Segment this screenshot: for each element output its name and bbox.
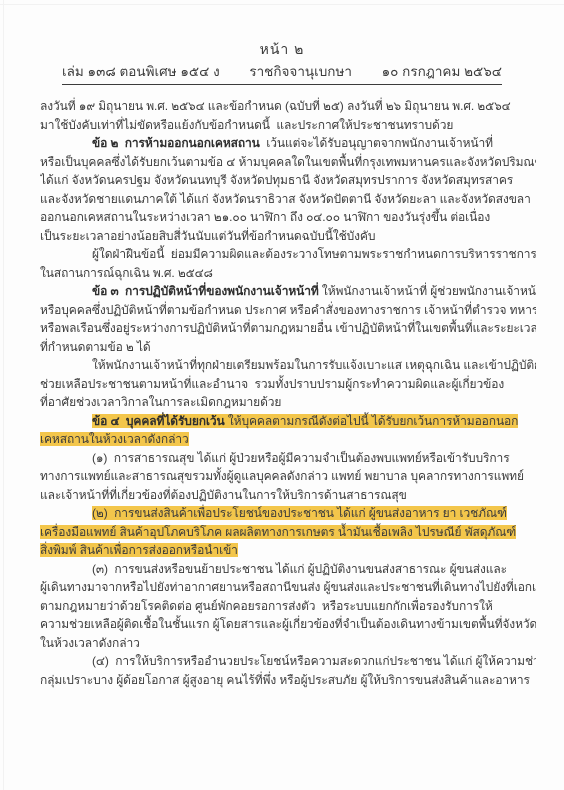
text-segment: กลุ่มเปราะบาง ผู้ด้อยโอกาส ผู้สูงอายุ คน… <box>40 673 530 687</box>
text-segment: (๔) การให้บริการหรืออำนวยประโยชน์หรือควา… <box>92 654 536 668</box>
text-line: ที่กำหนดตามข้อ ๒ ได้ <box>40 338 536 357</box>
text-line: และจังหวัดชายแดนภาคใต้ ได้แก่ จังหวัดนรา… <box>40 190 536 209</box>
highlighted-text: เคหสถานในห้วงเวลาดังกล่าว <box>40 432 189 446</box>
text-line: เป็นระยะเวลาอย่างน้อยสิบสี่วันนับแต่วันท… <box>40 227 536 246</box>
text-line: เครื่องมือแพทย์ สินค้าอุปโภคบริโภค ผลผลิ… <box>40 523 536 542</box>
volume-info: เล่ม ๑๓๘ ตอนพิเศษ ๑๕๔ ง <box>62 60 220 82</box>
text-segment: ที่กำหนดตามข้อ ๒ ได้ <box>40 340 151 354</box>
text-line: ข้อ ๔ บุคคลที่ได้รับยกเว้น ให้บุคคลตามกร… <box>40 412 536 431</box>
text-line: ความช่วยเหลือผู้ติดเชื้อในชั้นแรก ผู้โดย… <box>40 615 536 634</box>
gazette-title: ราชกิจจานุเบกษา <box>249 60 352 82</box>
text-line: หรือเป็นบุคคลซึ่งได้รับยกเว้นตามข้อ ๔ ห้… <box>40 153 536 172</box>
text-segment: ได้แก่ จังหวัดนครปฐม จังหวัดนนทบุรี จังห… <box>40 173 513 187</box>
text-segment: เป็นระยะเวลาอย่างน้อยสิบสี่วันนับแต่วันท… <box>40 229 375 243</box>
text-line: ในห้วงเวลาดังกล่าว <box>40 634 536 653</box>
highlighted-text: ข้อ ๔ บุคคลที่ได้รับยกเว้น <box>92 414 225 428</box>
text-segment: ข้อ ๒ การห้ามออกนอกเคหสถาน <box>92 136 260 150</box>
text-line: สิ่งพิมพ์ สินค้าเพื่อการส่งออกหรือนำเข้า <box>40 541 536 560</box>
page-header: เล่ม ๑๓๘ ตอนพิเศษ ๑๕๔ ง ราชกิจจานุเบกษา … <box>62 60 502 82</box>
text-line: ลงวันที่ ๑๙ มิถุนายน พ.ศ. ๒๕๖๔ และข้อกำห… <box>40 97 536 116</box>
text-segment: ลงวันที่ ๑๙ มิถุนายน พ.ศ. ๒๕๖๔ และข้อกำห… <box>40 99 511 113</box>
text-line: มาใช้บังคับเท่าที่ไม่ขัดหรือแย้งกับข้อกำ… <box>40 116 536 135</box>
text-segment: ช่วยเหลือประชาชนตามหน้าที่และอำนาจ รวมทั… <box>40 377 504 391</box>
text-line: ช่วยเหลือประชาชนตามหน้าที่และอำนาจ รวมทั… <box>40 375 536 394</box>
text-line: ที่อาศัยช่วงเวลาวิกาลในการละเมิดกฎหมายด้… <box>40 393 536 412</box>
text-segment: ผู้เดินทางมาจากหรือไปยังท่าอากาศยานหรือส… <box>40 580 536 594</box>
text-segment: ตามกฎหมายว่าด้วยโรคติดต่อ ศูนย์พักคอยรอก… <box>40 599 493 613</box>
text-segment: ให้พนักงานเจ้าหน้าที่ทุกฝ่ายเตรียมพร้อมใ… <box>92 358 536 372</box>
document-page: หน้า ๒ เล่ม ๑๓๘ ตอนพิเศษ ๑๕๔ ง ราชกิจจาน… <box>0 0 564 790</box>
text-segment: หรือบุคคลซึ่งปฏิบัติหน้าที่ตามข้อกำหนด ป… <box>40 303 536 317</box>
text-line: ในสถานการณ์ฉุกเฉิน พ.ศ. ๒๕๔๘ <box>40 264 536 283</box>
text-segment: ในสถานการณ์ฉุกเฉิน พ.ศ. ๒๕๔๘ <box>40 266 213 280</box>
text-line: ทางการแพทย์และสาธารณสุขรวมทั้งผู้ดูแลบุค… <box>40 467 536 486</box>
text-line: ข้อ ๓ การปฏิบัติหน้าที่ของพนักงานเจ้าหน้… <box>40 282 536 301</box>
text-segment: ข้อ ๓ การปฏิบัติหน้าที่ของพนักงานเจ้าหน้… <box>92 284 319 298</box>
page-number: หน้า ๒ <box>62 39 502 61</box>
text-line: (๔) การให้บริการหรืออำนวยประโยชน์หรือควา… <box>40 652 536 671</box>
text-line: (๒) การขนส่งสินค้าเพื่อประโยชน์ของประชาช… <box>40 504 536 523</box>
highlighted-text: (๒) การขนส่งสินค้าเพื่อประโยชน์ของประชาช… <box>92 506 507 520</box>
text-segment: ทางการแพทย์และสาธารณสุขรวมทั้งผู้ดูแลบุค… <box>40 469 524 483</box>
text-segment: ในห้วงเวลาดังกล่าว <box>40 636 140 650</box>
text-line: (๑) การสาธารณสุข ได้แก่ ผู้ป่วยหรือผู้มี… <box>40 449 536 468</box>
text-segment: ออกนอกเคหสถานในระหว่างเวลา ๒๑.๐๐ นาฬิกา … <box>40 210 490 224</box>
text-line: หรือบุคคลซึ่งปฏิบัติหน้าที่ตามข้อกำหนด ป… <box>40 301 536 320</box>
text-segment: (๓) การขนส่งหรือขนย้ายประชาชน ได้แก่ ผู้… <box>92 562 507 576</box>
text-segment: ผู้ใดฝ่าฝืนข้อนี้ ย่อมมีความผิดและต้องระ… <box>92 247 536 261</box>
document-body: ลงวันที่ ๑๙ มิถุนายน พ.ศ. ๒๕๖๔ และข้อกำห… <box>40 97 536 703</box>
text-line: ให้พนักงานเจ้าหน้าที่ทุกฝ่ายเตรียมพร้อมใ… <box>40 356 536 375</box>
text-line: กลุ่มเปราะบาง ผู้ด้อยโอกาส ผู้สูงอายุ คน… <box>40 671 536 690</box>
text-segment: มาใช้บังคับเท่าที่ไม่ขัดหรือแย้งกับข้อกำ… <box>40 118 453 132</box>
text-line: และเจ้าหน้าที่ที่เกี่ยวข้องที่ต้องปฏิบัต… <box>40 486 536 505</box>
text-line: ได้แก่ จังหวัดนครปฐม จังหวัดนนทบุรี จังห… <box>40 171 536 190</box>
text-segment: หรือเป็นบุคคลซึ่งได้รับยกเว้นตามข้อ ๔ ห้… <box>40 155 536 169</box>
text-line: หรือพลเรือนซึ่งอยู่ระหว่างการปฏิบัติหน้า… <box>40 319 536 338</box>
highlighted-text: เครื่องมือแพทย์ สินค้าอุปโภคบริโภค ผลผลิ… <box>40 525 516 539</box>
text-segment: (๑) การสาธารณสุข ได้แก่ ผู้ป่วยหรือผู้มี… <box>92 451 510 465</box>
text-line: ข้อ ๒ การห้ามออกนอกเคหสถาน เว้นแต่จะได้ร… <box>40 134 536 153</box>
highlighted-text: ให้บุคคลตามกรณีดังต่อไปนี้ ได้รับยกเว้นก… <box>225 414 519 428</box>
text-segment: และจังหวัดชายแดนภาคใต้ ได้แก่ จังหวัดนรา… <box>40 192 531 206</box>
text-line: ผู้เดินทางมาจากหรือไปยังท่าอากาศยานหรือส… <box>40 578 536 597</box>
header-divider <box>62 84 502 85</box>
text-line: ออกนอกเคหสถานในระหว่างเวลา ๒๑.๐๐ นาฬิกา … <box>40 208 536 227</box>
highlighted-text: สิ่งพิมพ์ สินค้าเพื่อการส่งออกหรือนำเข้า <box>40 543 238 557</box>
text-segment: หรือพลเรือนซึ่งอยู่ระหว่างการปฏิบัติหน้า… <box>40 321 536 335</box>
text-line: เคหสถานในห้วงเวลาดังกล่าว <box>40 430 536 449</box>
text-segment: ความช่วยเหลือผู้ติดเชื้อในชั้นแรก ผู้โดย… <box>40 617 536 631</box>
text-segment: และเจ้าหน้าที่ที่เกี่ยวข้องที่ต้องปฏิบัต… <box>40 488 407 502</box>
text-segment: ให้พนักงานเจ้าหน้าที่ ผู้ช่วยพนักงานเจ้า… <box>319 284 536 298</box>
text-segment: ที่อาศัยช่วงเวลาวิกาลในการละเมิดกฎหมายด้… <box>40 395 281 409</box>
text-line: ผู้ใดฝ่าฝืนข้อนี้ ย่อมมีความผิดและต้องระ… <box>40 245 536 264</box>
text-line: ตามกฎหมายว่าด้วยโรคติดต่อ ศูนย์พักคอยรอก… <box>40 597 536 616</box>
publish-date: ๑๐ กรกฎาคม ๒๕๖๔ <box>382 60 502 82</box>
text-segment: เว้นแต่จะได้รับอนุญาตจากพนักงานเจ้าหน้าท… <box>260 136 493 150</box>
text-line: (๓) การขนส่งหรือขนย้ายประชาชน ได้แก่ ผู้… <box>40 560 536 579</box>
